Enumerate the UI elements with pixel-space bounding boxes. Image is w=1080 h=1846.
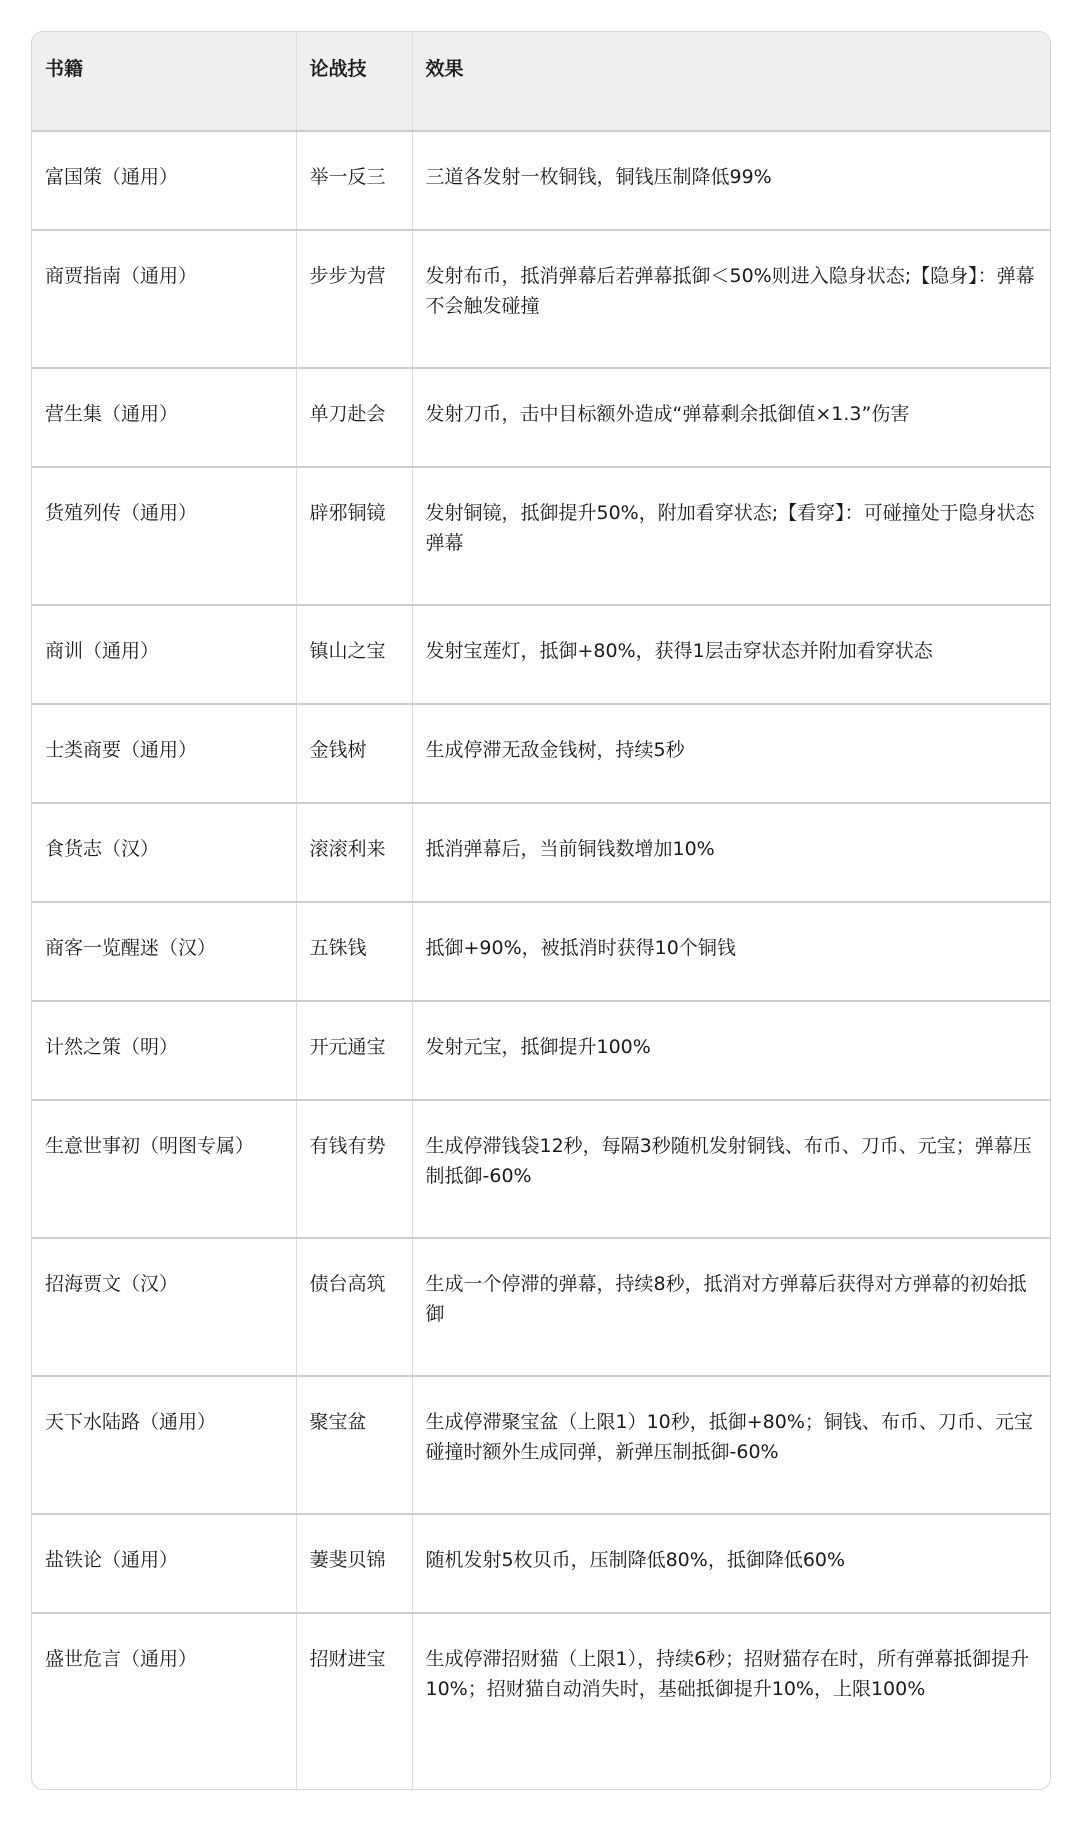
cell-effect: 发射铜镜，抵御提升50%，附加看穿状态;【看穿】：可碰撞处于隐身状态弹幕 bbox=[412, 467, 1050, 605]
cell-book: 盐铁论（通用） bbox=[32, 1514, 296, 1613]
cell-book: 生意世事初（明图专属） bbox=[32, 1100, 296, 1238]
cell-skill: 步步为营 bbox=[296, 230, 412, 368]
cell-book: 营生集（通用） bbox=[32, 368, 296, 467]
table-row: 士类商要（通用） 金钱树 生成停滞无敌金钱树，持续5秒 bbox=[32, 704, 1050, 803]
column-header-effect: 效果 bbox=[412, 32, 1050, 131]
table-row: 商训（通用） 镇山之宝 发射宝莲灯，抵御+80%，获得1层击穿状态并附加看穿状态 bbox=[32, 605, 1050, 704]
cell-book: 盛世危言（通用） bbox=[32, 1613, 296, 1789]
cell-book: 食货志（汉） bbox=[32, 803, 296, 902]
table-row: 食货志（汉） 滚滚利来 抵消弹幕后，当前铜钱数增加10% bbox=[32, 803, 1050, 902]
cell-book: 天下水陆路（通用） bbox=[32, 1376, 296, 1514]
table-row: 盐铁论（通用） 萋斐贝锦 随机发射5枚贝币，压制降低80%，抵御降低60% bbox=[32, 1514, 1050, 1613]
cell-effect: 发射布币，抵消弹幕后若弹幕抵御＜50%则进入隐身状态;【隐身】：弹幕不会触发碰撞 bbox=[412, 230, 1050, 368]
cell-effect: 生成停滞聚宝盆（上限1）10秒，抵御+80%；铜钱、布币、刀币、元宝碰撞时额外生… bbox=[412, 1376, 1050, 1514]
cell-skill: 滚滚利来 bbox=[296, 803, 412, 902]
cell-book: 计然之策（明） bbox=[32, 1001, 296, 1100]
cell-effect: 抵消弹幕后，当前铜钱数增加10% bbox=[412, 803, 1050, 902]
book-skill-table: 书籍 论战技 效果 富国策（通用） 举一反三 三道各发射一枚铜钱，铜钱压制降低9… bbox=[31, 31, 1051, 1790]
cell-book: 士类商要（通用） bbox=[32, 704, 296, 803]
cell-effect: 生成一个停滞的弹幕，持续8秒，抵消对方弹幕后获得对方弹幕的初始抵御 bbox=[412, 1238, 1050, 1376]
cell-effect: 发射宝莲灯，抵御+80%，获得1层击穿状态并附加看穿状态 bbox=[412, 605, 1050, 704]
cell-effect: 随机发射5枚贝币，压制降低80%，抵御降低60% bbox=[412, 1514, 1050, 1613]
cell-effect: 生成停滞无敌金钱树，持续5秒 bbox=[412, 704, 1050, 803]
cell-effect: 发射元宝，抵御提升100% bbox=[412, 1001, 1050, 1100]
cell-skill: 招财进宝 bbox=[296, 1613, 412, 1789]
cell-skill: 有钱有势 bbox=[296, 1100, 412, 1238]
column-header-book: 书籍 bbox=[32, 32, 296, 131]
cell-effect: 抵御+90%，被抵消时获得10个铜钱 bbox=[412, 902, 1050, 1001]
cell-skill: 单刀赴会 bbox=[296, 368, 412, 467]
table-row: 富国策（通用） 举一反三 三道各发射一枚铜钱，铜钱压制降低99% bbox=[32, 131, 1050, 230]
header-row: 书籍 论战技 效果 bbox=[32, 32, 1050, 131]
cell-book: 商训（通用） bbox=[32, 605, 296, 704]
cell-effect: 生成停滞招财猫（上限1），持续6秒；招财猫存在时，所有弹幕抵御提升10%；招财猫… bbox=[412, 1613, 1050, 1789]
table-header: 书籍 论战技 效果 bbox=[32, 32, 1050, 131]
cell-skill: 金钱树 bbox=[296, 704, 412, 803]
cell-effect: 三道各发射一枚铜钱，铜钱压制降低99% bbox=[412, 131, 1050, 230]
table-row: 招海贾文（汉） 债台高筑 生成一个停滞的弹幕，持续8秒，抵消对方弹幕后获得对方弹… bbox=[32, 1238, 1050, 1376]
table-row: 盛世危言（通用） 招财进宝 生成停滞招财猫（上限1），持续6秒；招财猫存在时，所… bbox=[32, 1613, 1050, 1789]
cell-skill: 镇山之宝 bbox=[296, 605, 412, 704]
cell-book: 招海贾文（汉） bbox=[32, 1238, 296, 1376]
cell-skill: 债台高筑 bbox=[296, 1238, 412, 1376]
cell-skill: 举一反三 bbox=[296, 131, 412, 230]
cell-effect: 生成停滞钱袋12秒，每隔3秒随机发射铜钱、布币、刀币、元宝；弹幕压制抵御-60% bbox=[412, 1100, 1050, 1238]
table-row: 营生集（通用） 单刀赴会 发射刀币，击中目标额外造成“弹幕剩余抵御值×1.3”伤… bbox=[32, 368, 1050, 467]
cell-effect: 发射刀币，击中目标额外造成“弹幕剩余抵御值×1.3”伤害 bbox=[412, 368, 1050, 467]
table-row: 货殖列传（通用） 辟邪铜镜 发射铜镜，抵御提升50%，附加看穿状态;【看穿】：可… bbox=[32, 467, 1050, 605]
data-table: 书籍 论战技 效果 富国策（通用） 举一反三 三道各发射一枚铜钱，铜钱压制降低9… bbox=[32, 32, 1050, 1789]
cell-skill: 萋斐贝锦 bbox=[296, 1514, 412, 1613]
table-body: 富国策（通用） 举一反三 三道各发射一枚铜钱，铜钱压制降低99% 商贾指南（通用… bbox=[32, 131, 1050, 1789]
table-row: 商贾指南（通用） 步步为营 发射布币，抵消弹幕后若弹幕抵御＜50%则进入隐身状态… bbox=[32, 230, 1050, 368]
cell-book: 商贾指南（通用） bbox=[32, 230, 296, 368]
table-row: 商客一览醒迷（汉） 五铢钱 抵御+90%，被抵消时获得10个铜钱 bbox=[32, 902, 1050, 1001]
cell-skill: 聚宝盆 bbox=[296, 1376, 412, 1514]
cell-book: 富国策（通用） bbox=[32, 131, 296, 230]
table-row: 天下水陆路（通用） 聚宝盆 生成停滞聚宝盆（上限1）10秒，抵御+80%；铜钱、… bbox=[32, 1376, 1050, 1514]
cell-book: 货殖列传（通用） bbox=[32, 467, 296, 605]
cell-skill: 辟邪铜镜 bbox=[296, 467, 412, 605]
cell-skill: 开元通宝 bbox=[296, 1001, 412, 1100]
table-row: 计然之策（明） 开元通宝 发射元宝，抵御提升100% bbox=[32, 1001, 1050, 1100]
cell-skill: 五铢钱 bbox=[296, 902, 412, 1001]
table-row: 生意世事初（明图专属） 有钱有势 生成停滞钱袋12秒，每隔3秒随机发射铜钱、布币… bbox=[32, 1100, 1050, 1238]
column-header-skill: 论战技 bbox=[296, 32, 412, 131]
cell-book: 商客一览醒迷（汉） bbox=[32, 902, 296, 1001]
